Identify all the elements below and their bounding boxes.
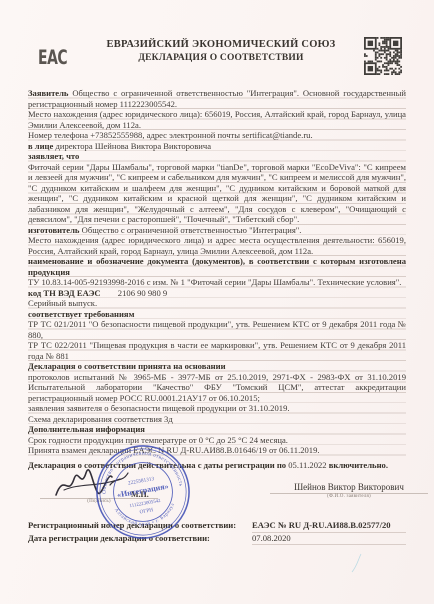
field-label: Заявитель — [28, 88, 68, 98]
declarant-name-caption: (Ф.И.О. заявителя) — [270, 494, 428, 499]
document-line: Принята взамен декларации ЕАЭС N RU Д-RU… — [28, 445, 406, 456]
document-line: изготовитель Общество с ограниченной отв… — [28, 225, 406, 236]
document-line: в лице директора Шейнова Виктора Викторо… — [28, 141, 406, 152]
registration-date-value: 07.08.2020 — [252, 533, 406, 546]
document-line: наименование и обозначение документа (до… — [28, 256, 406, 277]
field-value: Общество с ограниченной ответственностью… — [28, 88, 406, 109]
document-line: протоколов испытаний № 3965-МБ - 3977-МБ… — [28, 372, 406, 404]
scan-artifact — [348, 552, 364, 574]
document-line: Место нахождения (адрес юридического лиц… — [28, 235, 406, 256]
document-line: ТР ТС 021/2011 "О безопасности пищевой п… — [28, 319, 406, 340]
field-value: ТР ТС 022/2011 "Пищевая продукция в част… — [28, 340, 406, 361]
document-line: Место нахождения (адрес юридического лиц… — [28, 109, 406, 130]
declarant-name-block: Шейнов Виктор Викторович (Ф.И.О. заявите… — [270, 482, 428, 499]
field-label: наименование и обозначение документа (до… — [28, 256, 406, 277]
field-value: директора Шейнова Виктора Викторовича — [53, 141, 211, 151]
qr-code — [364, 36, 402, 76]
field-value: Место нахождения (адрес юридического лиц… — [28, 109, 406, 130]
document-line: заявляет, что — [28, 151, 406, 162]
field-value: Место нахождения (адрес юридического лиц… — [28, 235, 406, 256]
document-line: ТР ТС 022/2011 "Пищевая продукция в част… — [28, 340, 406, 361]
field-value: Общество с ограниченной ответственностью… — [79, 225, 301, 235]
field-label-tail: включительно. — [329, 460, 388, 470]
field-value: Номер телефона +73852555988, адрес элект… — [28, 130, 313, 140]
document-line: Номер телефона +73852555988, адрес элект… — [28, 130, 406, 141]
document-line: Фиточай серии "Дары Шамбалы", торговой м… — [28, 162, 406, 225]
page-title: ДЕКЛАРАЦИЯ О СООТВЕТСТВИИ — [84, 53, 358, 63]
document-line: Серийный выпуск. — [28, 298, 406, 309]
document-line: код ТН ВЭД ЕАЭС 2106 90 980 9 — [28, 288, 406, 299]
field-label: соответствует требованиям — [28, 309, 134, 319]
field-value: ТР ТС 021/2011 "О безопасности пищевой п… — [28, 319, 406, 340]
document-line: соответствует требованиям — [28, 309, 406, 320]
document-line: Срок годности продукции при температуре … — [28, 435, 406, 446]
field-value: ТУ 10.83.14-005-92193998-2016 с изм. № 1… — [28, 277, 401, 287]
eac-logo: ЕАС — [38, 40, 78, 74]
union-title: ЕВРАЗИЙСКИЙ ЭКОНОМИЧЕСКИЙ СОЮЗ — [84, 39, 358, 50]
field-value: Фиточай серии "Дары Шамбалы", торговой м… — [28, 162, 406, 225]
registration-number-row: Регистрационный номер декларации о соотв… — [28, 520, 406, 533]
document-titles: ЕВРАЗИЙСКИЙ ЭКОНОМИЧЕСКИЙ СОЮЗ ДЕКЛАРАЦИ… — [78, 39, 364, 63]
document-body: Заявитель Общество с ограниченной ответс… — [28, 88, 406, 470]
registration-number-value: ЕАЭС № RU Д-RU.АИ88.В.02577/20 — [252, 520, 406, 533]
registration-footer: Регистрационный номер декларации о соотв… — [28, 520, 406, 545]
field-label: код ТН ВЭД ЕАЭС — [28, 288, 101, 298]
document-line: Схема декларирования соответствия 3д — [28, 414, 406, 425]
registration-date-row: Дата регистрации декларации о соответств… — [28, 533, 406, 546]
field-label: Дополнительная информация — [28, 424, 145, 434]
field-value: заявления заявителя о безопасности пищев… — [28, 403, 290, 413]
declaration-document: ЕАС ЕВРАЗИЙСКИЙ ЭКОНОМИЧЕСКИЙ СОЮЗ ДЕКЛА… — [0, 0, 434, 604]
field-value: Серийный выпуск. — [28, 298, 97, 308]
document-line: ТУ 10.83.14-005-92193998-2016 с изм. № 1… — [28, 277, 406, 288]
document-line: Декларация о соответствии принята на осн… — [28, 361, 406, 372]
document-header: ЕАС ЕВРАЗИЙСКИЙ ЭКОНОМИЧЕСКИЙ СОЮЗ ДЕКЛА… — [38, 38, 402, 76]
stamp-company-name: «Интеграция» — [116, 482, 169, 500]
field-label: Декларация о соответствии принята на осн… — [28, 361, 226, 371]
stamp-ogrn-label: ОГРН — [139, 507, 154, 515]
field-label: заявляет, что — [28, 151, 79, 161]
company-stamp: Общество с ограниченной ответственностью… — [94, 443, 192, 541]
field-value: 05.11.2022 — [286, 460, 329, 470]
field-value: Схема декларирования соответствия 3д — [28, 414, 173, 424]
document-line: Дополнительная информация — [28, 424, 406, 435]
svg-text:ЕАС: ЕАС — [38, 46, 67, 69]
document-line: Заявитель Общество с ограниченной ответс… — [28, 88, 406, 109]
field-value: протоколов испытаний № 3965-МБ - 3977-МБ… — [28, 372, 406, 403]
document-line: заявления заявителя о безопасности пищев… — [28, 403, 406, 414]
declarant-name: Шейнов Виктор Викторович — [270, 482, 428, 494]
field-value: 2106 90 980 9 — [101, 288, 168, 298]
signature-area: Общество с ограниченной ответственностью… — [28, 471, 406, 511]
field-label: изготовитель — [28, 225, 79, 235]
field-label: в лице — [28, 141, 53, 151]
